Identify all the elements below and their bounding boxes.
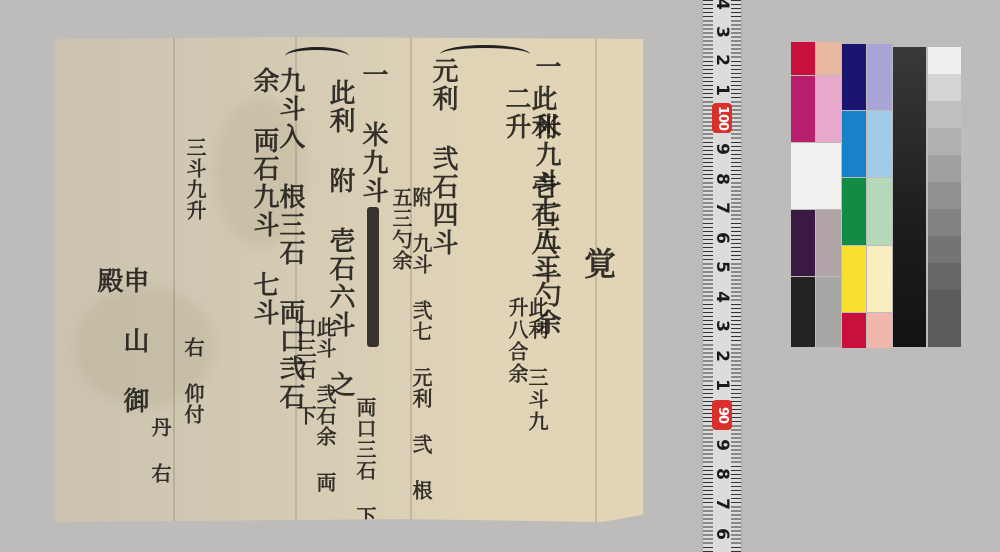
color-patch xyxy=(791,42,815,75)
ruler-label-highlight: 100 xyxy=(712,103,732,133)
color-patch xyxy=(816,76,841,142)
ruler-label: 2 xyxy=(712,50,732,70)
ink-arc-stroke xyxy=(285,47,349,66)
ruler-label: 1 xyxy=(712,80,732,100)
text-column: 一 米九斗 xyxy=(360,61,386,221)
text-column: 此利 三斗九升八合余 xyxy=(507,297,547,447)
title-mark: 覚 xyxy=(582,247,614,281)
text-column: 附 九斗 弐七 元利 弐 根五三勺余 xyxy=(391,187,431,507)
ruler-label: 5 xyxy=(712,257,732,277)
text-column: 此利 壱石八斗二升 xyxy=(503,85,555,285)
color-patch xyxy=(791,210,815,276)
ruler-label: 4 xyxy=(712,287,732,307)
color-patch xyxy=(867,313,892,348)
text-column: 右 仰付 xyxy=(183,337,203,447)
measurement-ruler: 4 3 2 1 100 9 8 7 6 5 4 3 2 1 90 9 8 7 6 xyxy=(702,0,742,552)
ruler-label: 7 xyxy=(712,198,732,218)
ruler-label: 9 xyxy=(712,435,732,455)
ruler-label: 6 xyxy=(712,524,732,544)
color-patch xyxy=(791,143,841,209)
ruler-label: 3 xyxy=(712,316,732,336)
text-column: 三斗九升 xyxy=(185,137,205,297)
ruler-label: 2 xyxy=(712,346,732,366)
text-column: 元利 弐石四斗 xyxy=(430,57,456,357)
ruler-label: 1 xyxy=(712,375,732,395)
text-column: 丹 右 xyxy=(150,417,170,497)
color-patch xyxy=(791,277,815,347)
color-patch xyxy=(816,277,841,347)
grayscale-strip-dark xyxy=(893,47,926,347)
ruler-label: 7 xyxy=(712,494,732,514)
ruler-label: 8 xyxy=(712,464,732,484)
color-patch xyxy=(791,76,815,142)
text-column: 九斗入 根三石 両口弐石余 両石九斗 七斗 xyxy=(251,67,303,417)
color-patch xyxy=(842,178,866,245)
color-patch xyxy=(842,246,866,312)
ruler-label: 3 xyxy=(712,22,732,42)
text-column: 申 山 御殿 xyxy=(95,267,147,427)
color-patch xyxy=(842,44,866,110)
color-patch xyxy=(867,111,892,177)
manuscript-paper: 覚 一 米九斗七五三勺余 此利 壱石八斗二升 此利 三斗九升八合余 元利 弐石四… xyxy=(55,37,643,522)
color-patch xyxy=(816,42,841,75)
color-patch xyxy=(842,111,866,177)
ruler-label: 9 xyxy=(712,139,732,159)
color-patch xyxy=(867,246,892,312)
grayscale-strip-light xyxy=(928,47,961,347)
ink-deletion-bar xyxy=(367,207,379,347)
ruler-label: 8 xyxy=(712,169,732,189)
ruler-label-highlight: 90 xyxy=(712,400,732,430)
color-patch xyxy=(842,313,866,348)
text-column: 両口三石 下 xyxy=(355,397,375,527)
ruler-ticks-right xyxy=(731,0,741,552)
paper-fold-line xyxy=(173,37,175,522)
color-patch xyxy=(816,210,841,276)
color-patch xyxy=(867,44,892,110)
color-patch xyxy=(867,178,892,245)
ruler-label: 4 xyxy=(712,0,732,14)
ruler-label: 6 xyxy=(712,228,732,248)
